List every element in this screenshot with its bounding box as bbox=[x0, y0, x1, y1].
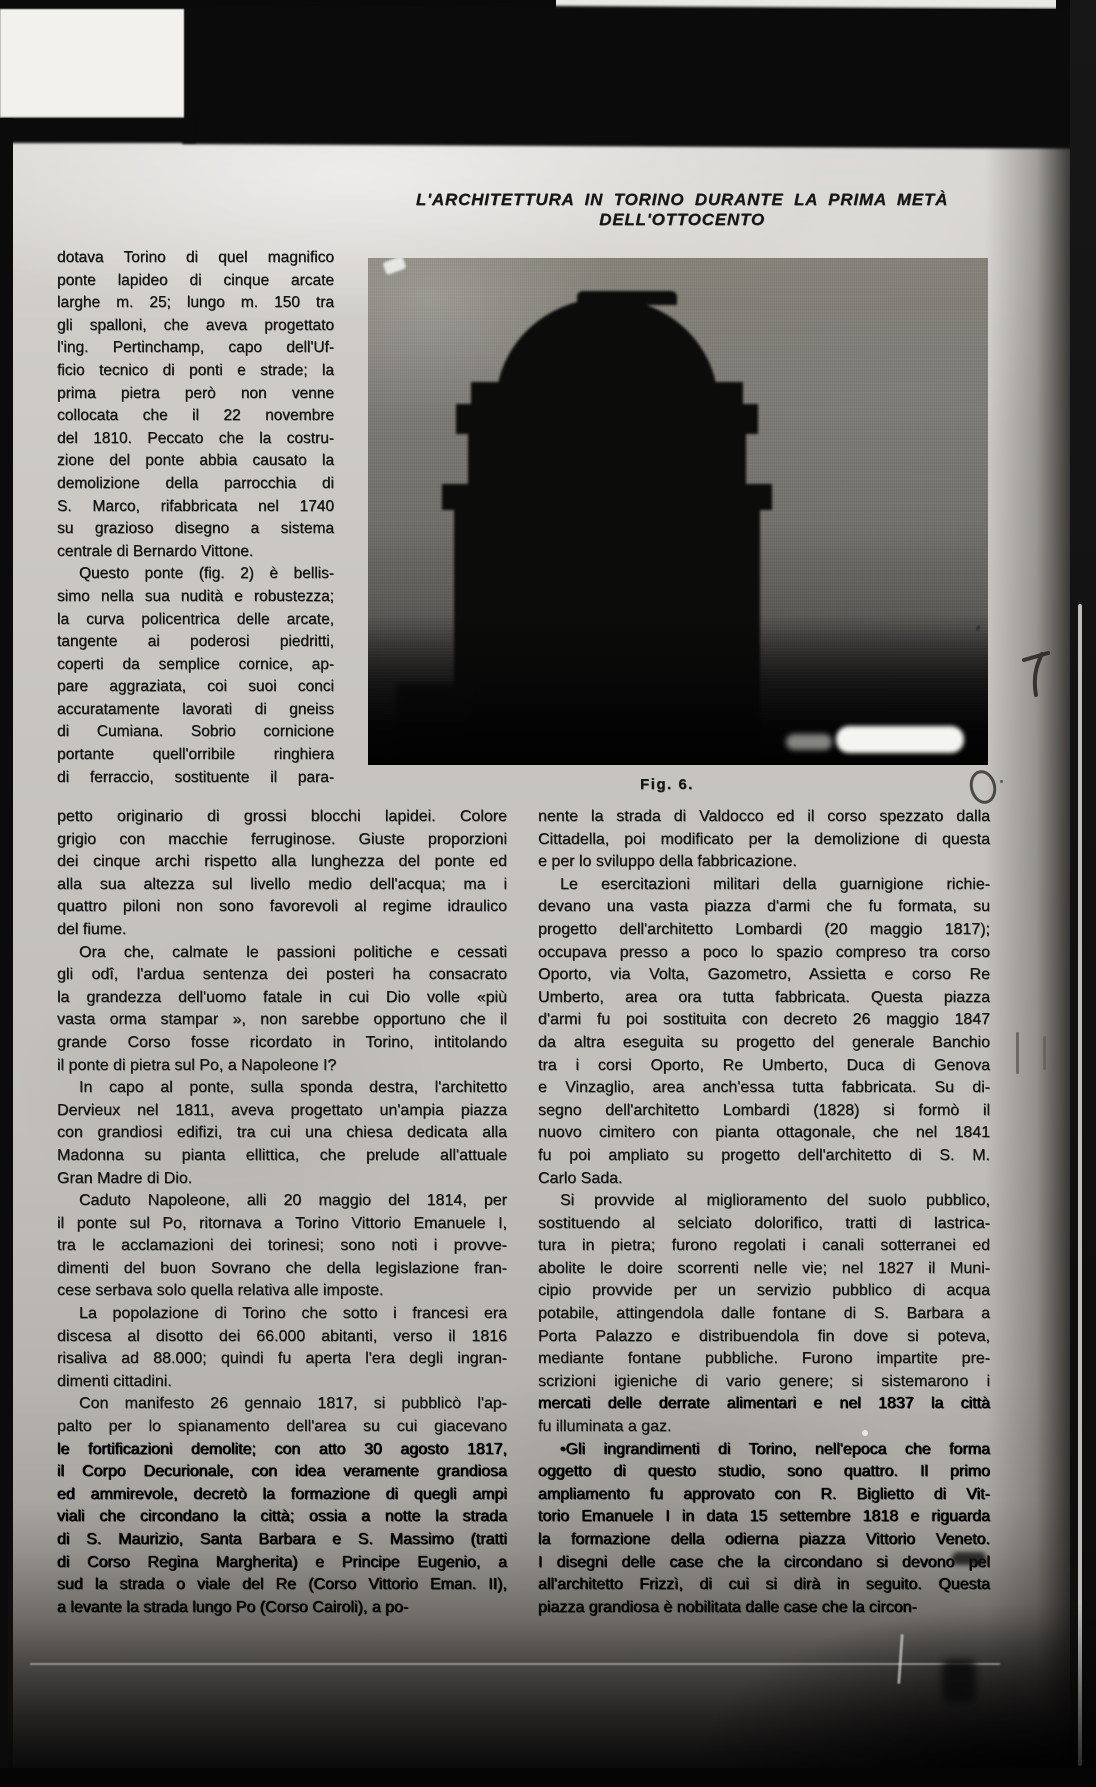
text-line: centrale di Bernardo Vittone. bbox=[57, 541, 334, 564]
text-line: demolizione della parrocchia di bbox=[57, 473, 334, 496]
text-line: grande Corso fosse ricordato in Torino, … bbox=[57, 1032, 507, 1055]
text-line: su grazioso disegno a sistema bbox=[57, 518, 334, 541]
text-line: ponte lapideo di cinque arcate bbox=[57, 270, 334, 293]
text-line: fu poi ampliato su progetto dell'archite… bbox=[538, 1145, 990, 1168]
text-line: potabile, attingendola dalle fontane di … bbox=[538, 1303, 990, 1326]
text-line: Dervieux nel 1811, aveva progettato un'a… bbox=[57, 1100, 507, 1123]
text-line: il ponte di pietra sul Po, a Napoleone I… bbox=[57, 1055, 507, 1078]
text-line: tra i corsi Oporto, Re Umberto, Duca di … bbox=[538, 1055, 990, 1078]
bottom-scan-black-band bbox=[0, 1768, 1096, 1787]
text-line: progetto dell'architetto Lombardi (20 ma… bbox=[538, 919, 990, 942]
lower-right-column: nente la strada di Valdocco ed il corso … bbox=[538, 806, 990, 1619]
text-line: Con manifesto 26 gennaio 1817, si pubbli… bbox=[57, 1393, 507, 1416]
text-line: dimenti del buon Sovrano che della legis… bbox=[57, 1258, 507, 1281]
text-line: collocata che il 22 novembre bbox=[57, 405, 334, 428]
text-line: cipio provvide per un servizio pubblico … bbox=[538, 1280, 990, 1303]
text-line: accuratamente lavorati di gneiss bbox=[57, 699, 334, 722]
corner-vignette bbox=[560, 1500, 1096, 1782]
text-line: di Cumiana. Sobrio cornicione bbox=[57, 721, 334, 744]
text-line: occupava presso a poco lo spazio compres… bbox=[538, 942, 990, 965]
text-line: prima pietra però non venne bbox=[57, 383, 334, 406]
text-line: tura in pietra; furono regolati i canali… bbox=[538, 1235, 990, 1258]
text-line: portante quell'orribile ringhiera bbox=[57, 744, 334, 767]
text-line: mediante fontane pubbliche. Furono impar… bbox=[538, 1348, 990, 1371]
text-line: di ferraccio, sostituente il para- bbox=[57, 767, 334, 790]
text-line: tra le acclamazioni dei torinesi; sono n… bbox=[57, 1235, 507, 1258]
text-line: discesa al disotto dei 66.000 abitanti, … bbox=[57, 1326, 507, 1349]
text-line: la curva policentrica delle arcate, bbox=[57, 609, 334, 632]
text-line: Carlo Sada. bbox=[538, 1168, 990, 1191]
text-line: con grandiosi edifizi, tra cui una chies… bbox=[57, 1122, 507, 1145]
top-left-black-band bbox=[0, 118, 196, 143]
text-line: Caduto Napoleone, alli 20 maggio del 181… bbox=[57, 1190, 507, 1213]
text-line: segno dell'architetto Lombardi (1828) si… bbox=[538, 1100, 990, 1123]
top-left-white-patch bbox=[0, 9, 184, 118]
text-line: oggetto di questo studio, sono quattro. … bbox=[538, 1461, 990, 1484]
text-line: Oporto, via Volta, Gazometro, Assietta e… bbox=[538, 964, 990, 987]
text-line: alla sua altezza sul livello medio dell'… bbox=[57, 874, 507, 897]
text-line: quattro piloni non sono favorevoli al re… bbox=[57, 896, 507, 919]
figure-caption: Fig. 6. bbox=[640, 776, 694, 793]
text-line: e per lo sviluppo della fabbricazione. bbox=[538, 851, 990, 874]
text-line: tangente ai poderosi piedritti, bbox=[57, 631, 334, 654]
intro-narrow-column: dotava Torino di quel magnificoponte lap… bbox=[57, 247, 334, 789]
top-scan-black-band bbox=[182, 4, 1096, 149]
text-line: cese serbava solo quella relativa alle i… bbox=[57, 1280, 507, 1303]
text-line: simo nella sua nudità e robustezza; bbox=[57, 586, 334, 609]
text-line: Cittadella, poi modificato per la demoli… bbox=[538, 829, 990, 852]
text-line: del fiume. bbox=[57, 919, 507, 942]
text-line: nente la strada di Valdocco ed il corso … bbox=[538, 806, 990, 829]
text-line: gli spalloni, che aveva progettato bbox=[57, 315, 334, 338]
text-line: coperti da semplice cornice, ap- bbox=[57, 654, 334, 677]
text-line: larghe m. 25; lungo m. 150 tra bbox=[57, 292, 334, 315]
running-head: L'ARCHITETTURA IN TORINO DURANTE LA PRIM… bbox=[370, 190, 994, 230]
text-line: ficio tecnico di ponti e strade; la bbox=[57, 360, 334, 383]
lower-left-column: petto originario di grossi blocchi lapid… bbox=[57, 806, 507, 1619]
text-line: il Corpo Decurionale, con idea veramente… bbox=[57, 1461, 507, 1484]
text-line: S. Marco, rifabbricata nel 1740 bbox=[57, 496, 334, 519]
text-line: dei cinque archi rispetto alla lunghezza… bbox=[57, 851, 507, 874]
text-line: scrizioni igieniche di vario genere; si … bbox=[538, 1371, 990, 1394]
text-line: pare aggraziata, coi suoi conci bbox=[57, 676, 334, 699]
text-line: gli odî, l'ardua sentenza dei posteri ha… bbox=[57, 964, 507, 987]
dome-drum bbox=[468, 430, 746, 488]
pencil-stroke-right bbox=[1043, 1036, 1046, 1070]
text-line: zione del ponte abbia causato la bbox=[57, 450, 334, 473]
handwritten-mark-7 bbox=[1020, 648, 1054, 702]
text-line: dimenti cittadini. bbox=[57, 1371, 507, 1394]
text-line: petto originario di grossi blocchi lapid… bbox=[57, 806, 507, 829]
text-line: Questo ponte (fig. 2) è bellis- bbox=[57, 563, 334, 586]
text-line: l'ing. Pertinchamp, capo dell'Uf- bbox=[57, 337, 334, 360]
text-line: Si provvide al miglioramento del suolo p… bbox=[538, 1190, 990, 1213]
ink-blot bbox=[942, 1660, 976, 1704]
scratch-line bbox=[30, 1663, 1000, 1665]
text-line: mercati delle derrate alimentari e nel 1… bbox=[538, 1393, 990, 1416]
text-line: palto per lo spianamento dell'area su cu… bbox=[57, 1416, 507, 1439]
text-line: Ora che, calmate le passioni politiche e… bbox=[57, 942, 507, 965]
ink-speck-small bbox=[1000, 780, 1003, 783]
text-line: Gran Madre di Dio. bbox=[57, 1168, 507, 1191]
text-line: Porta Palazzo e distribuendola fin dove … bbox=[538, 1326, 990, 1349]
photo-highlight-streak bbox=[836, 726, 964, 753]
text-line: La popolazione di Torino che sotto i fra… bbox=[57, 1303, 507, 1326]
text-line: Umberto, area ora tutta fabbricata. Ques… bbox=[538, 987, 990, 1010]
text-line: In capo al ponte, sulla sponda destra, l… bbox=[57, 1077, 507, 1100]
text-line: Le esercitazioni militari della guarnigi… bbox=[538, 874, 990, 897]
text-line: dotava Torino di quel magnifico bbox=[57, 247, 334, 270]
text-line: •Gli ingrandimenti di Torino, nell'epoca… bbox=[538, 1439, 990, 1462]
text-line: abolite le doire scorrenti nelle vie; ne… bbox=[538, 1258, 990, 1281]
text-line: Madonna su pianta ellittica, che prelude… bbox=[57, 1145, 507, 1168]
text-line: e Vinzaglio, area anch'essa tutta fabbri… bbox=[538, 1077, 990, 1100]
photo-highlight-small bbox=[786, 734, 832, 750]
text-line: del 1810. Peccato che la costru- bbox=[57, 428, 334, 451]
text-line: risaliva ad 88.000; quindi fu aperta l'e… bbox=[57, 1348, 507, 1371]
text-line: fu illuminata a gaz. bbox=[538, 1416, 990, 1439]
text-line: il ponte sul Po, ritornava a Torino Vitt… bbox=[57, 1213, 507, 1236]
text-line: nuovo cimitero con pianta ottagonale, ch… bbox=[538, 1122, 990, 1145]
scanned-book-page: L'ARCHITETTURA IN TORINO DURANTE LA PRIM… bbox=[0, 0, 1096, 1787]
pencil-stroke-left bbox=[1016, 1032, 1019, 1074]
text-line: sostituendo al selciato dolorifico, trat… bbox=[538, 1213, 990, 1236]
text-line: vasta orma stampar », non sarebbe opport… bbox=[57, 1009, 507, 1032]
figure-6-photo bbox=[368, 258, 988, 765]
text-line: le fortificazioni demolite; con atto 30 … bbox=[57, 1439, 507, 1462]
text-line: d'armi fu poi sostituita con decreto 26 … bbox=[538, 1009, 990, 1032]
text-line: devano una vasta piazza d'armi che fu fo… bbox=[538, 896, 990, 919]
text-line: la grandezza dell'uomo fatale in cui Dio… bbox=[57, 987, 507, 1010]
text-line: grigio con macchie ferruginose. Giuste p… bbox=[57, 829, 507, 852]
white-speck bbox=[862, 1430, 868, 1436]
text-line: da altra eseguita su progetto del genera… bbox=[538, 1032, 990, 1055]
